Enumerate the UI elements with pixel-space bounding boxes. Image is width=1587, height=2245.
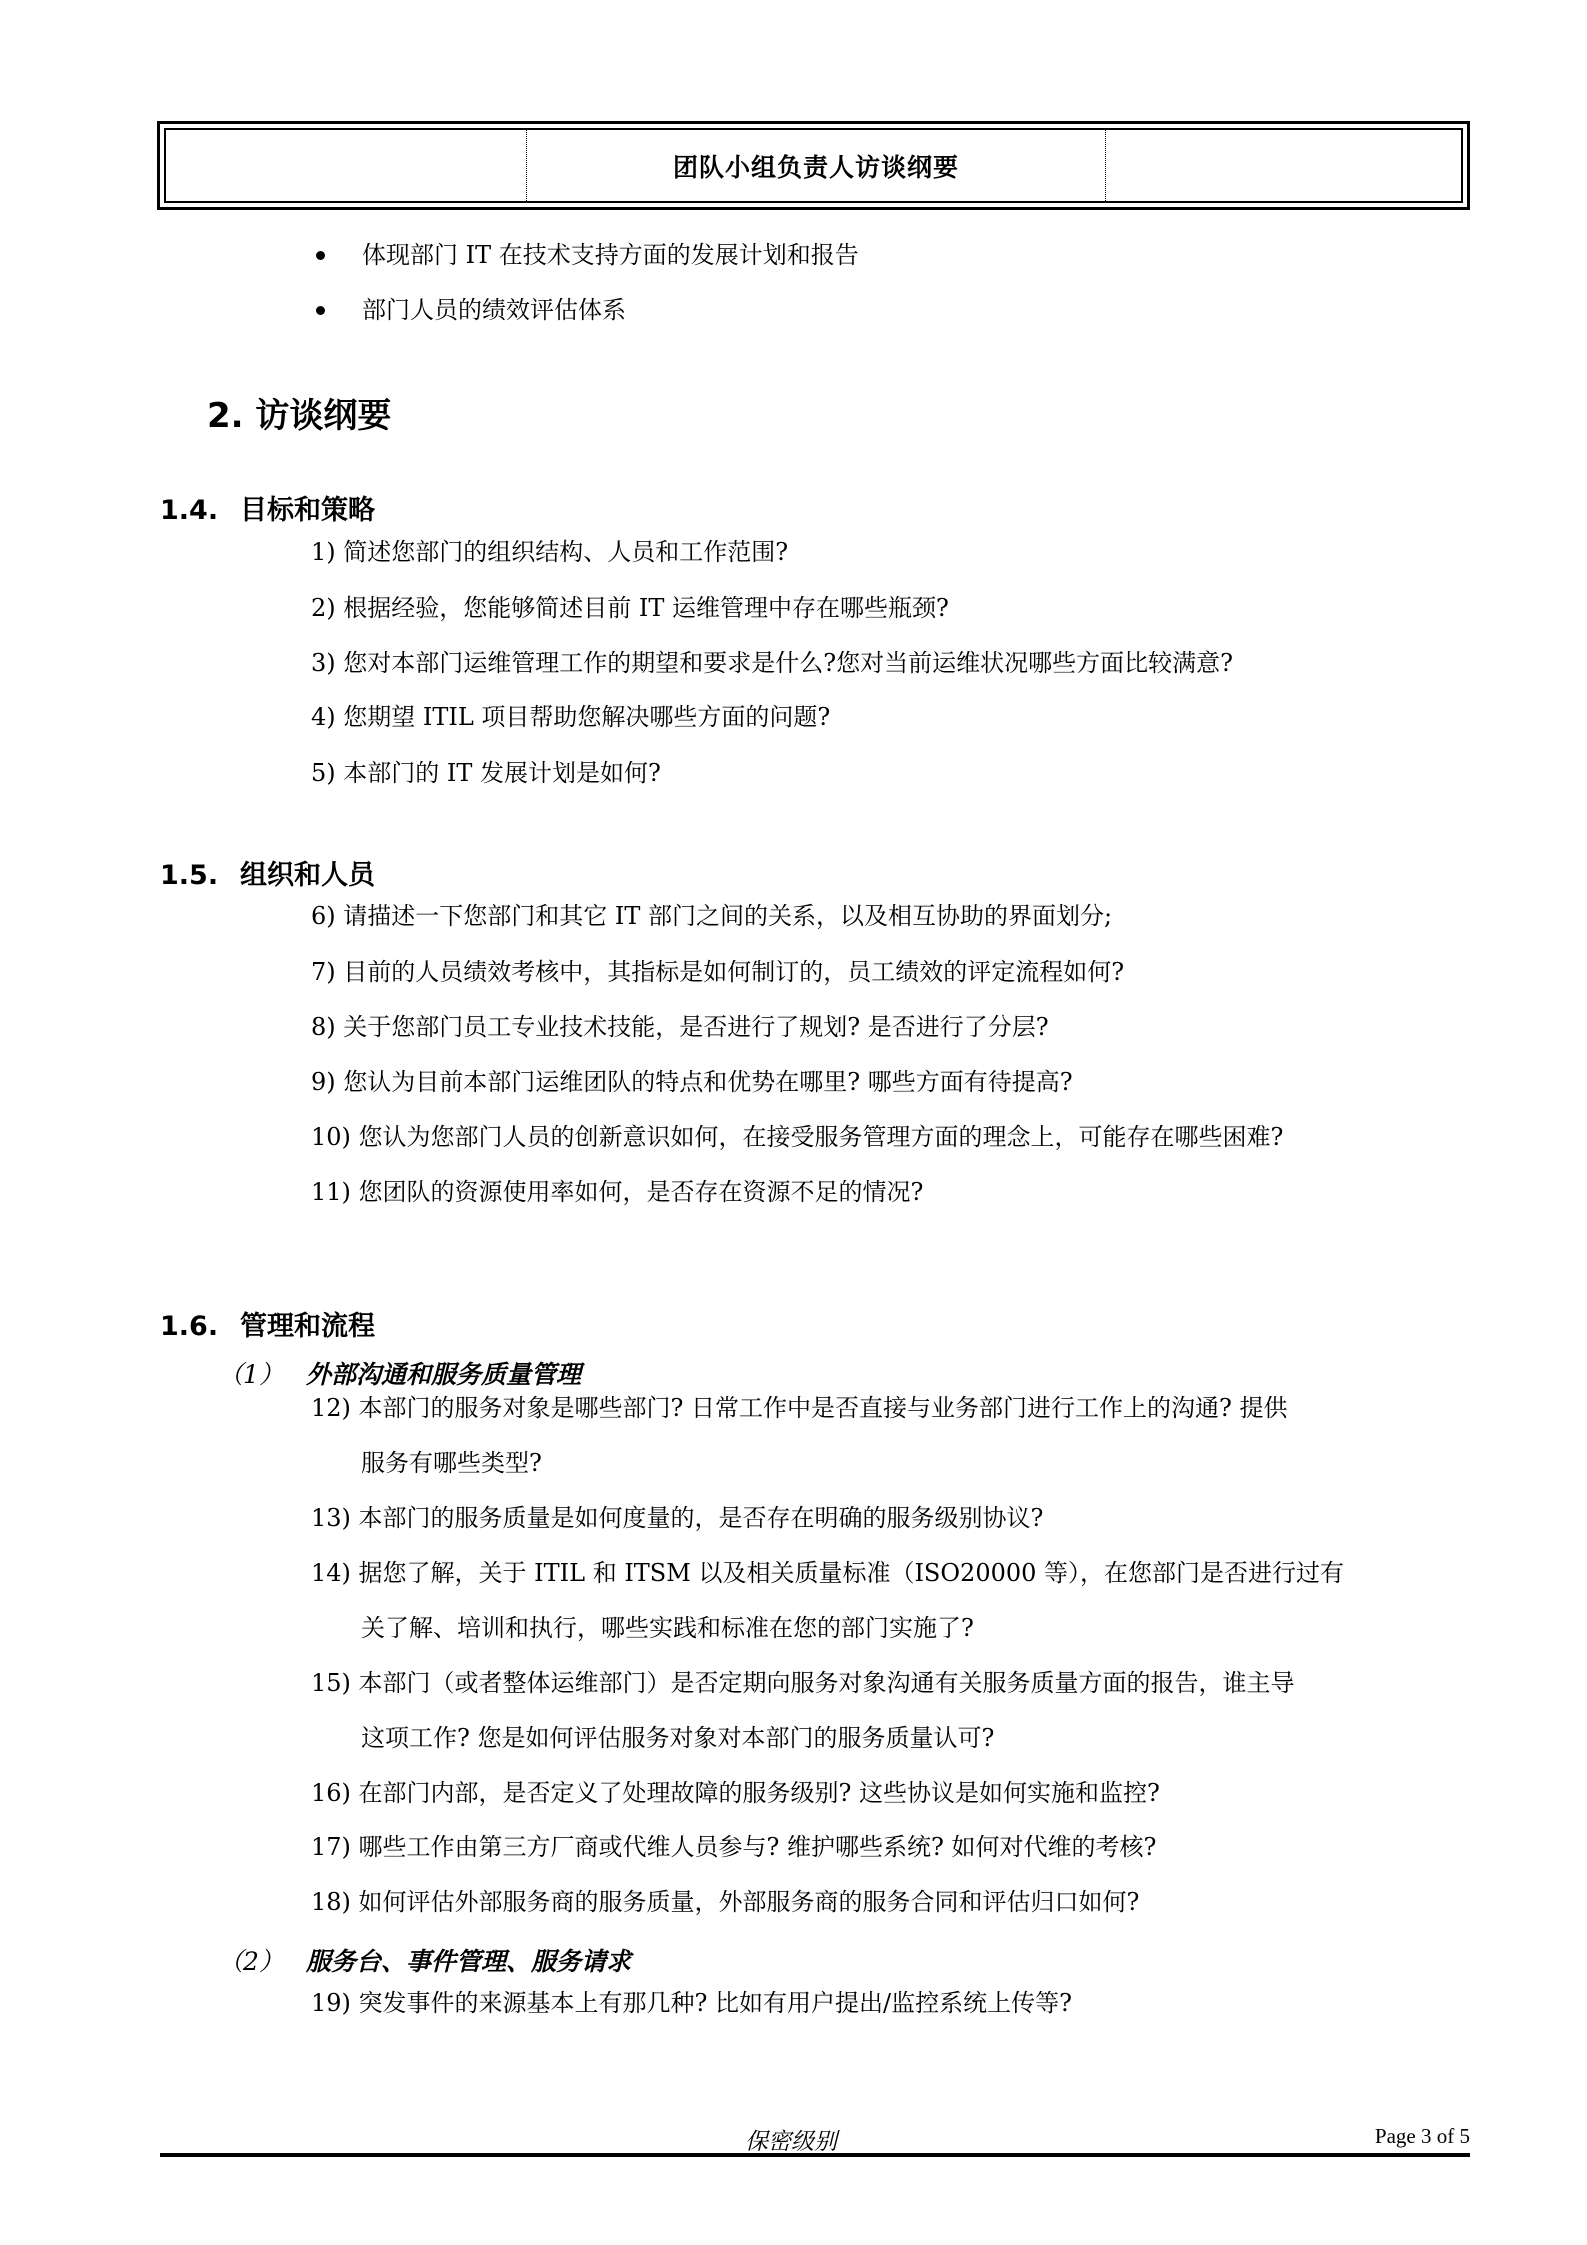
subsection-title: 管理和流程 [240,1311,375,1342]
subsection-number: 1.4. [160,495,240,526]
bullet-item: 体现部门 IT 在技术支持方面的发展计划和报告 [362,240,859,270]
question-item: 12) 本部门的服务对象是哪些部门? 日常工作中是否直接与业务部门进行工作上的沟… [311,1393,1288,1423]
question-item: 15) 本部门（或者整体运维部门）是否定期向服务对象沟通有关服务质量方面的报告，… [311,1668,1295,1698]
question-item: 19) 突发事件的来源基本上有那几种? 比如有用户提出/监控系统上传等? [311,1988,1072,2018]
subsection-number: 1.5. [160,860,240,891]
question-item: 13) 本部门的服务质量是如何度量的，是否存在明确的服务级别协议? [311,1503,1043,1533]
group-title: 外部沟通和服务质量管理 [306,1360,581,1389]
subsection-number: 1.6. [160,1311,240,1342]
subsection-heading-1-6: 1.6.管理和流程 [160,1304,375,1343]
header-right-cell [1106,130,1461,201]
question-item: 4) 您期望 ITIL 项目帮助您解决哪些方面的问题? [311,702,830,732]
question-item-continuation: 关了解、培训和执行，哪些实践和标准在您的部门实施了? [361,1613,974,1643]
document-header-table: 团队小组负责人访谈纲要 [157,121,1470,210]
bullet-item: 部门人员的绩效评估体系 [362,295,626,325]
subsection-title: 目标和策略 [240,495,375,526]
question-item: 18) 如何评估外部服务商的服务质量，外部服务商的服务合同和评估归口如何? [311,1887,1139,1917]
section-heading: 2. 访谈纲要 [207,388,391,437]
footer-rule [160,2153,1470,2157]
question-item-continuation: 这项工作? 您是如何评估服务对象对本部门的服务质量认可? [361,1723,994,1753]
bullet-icon [316,251,325,260]
subsection-title: 组织和人员 [240,860,375,891]
document-header-inner: 团队小组负责人访谈纲要 [164,128,1463,203]
question-item: 17) 哪些工作由第三方厂商或代维人员参与? 维护哪些系统? 如何对代维的考核? [311,1832,1156,1862]
question-item: 1) 简述您部门的组织结构、人员和工作范围? [311,537,788,567]
question-item: 14) 据您了解，关于 ITIL 和 ITSM 以及相关质量标准（ISO2000… [311,1558,1344,1588]
group-title: 服务台、事件管理、服务请求 [306,1947,631,1976]
footer-classification: 保密级别 [745,2123,837,2156]
header-left-cell [166,130,527,201]
header-title-cell: 团队小组负责人访谈纲要 [527,130,1106,201]
question-item: 5) 本部门的 IT 发展计划是如何? [311,758,661,788]
subsection-heading-1-4: 1.4.目标和策略 [160,488,375,527]
question-item: 3) 您对本部门运维管理工作的期望和要求是什么?您对当前运维状况哪些方面比较满意… [311,648,1233,678]
group-number: （1） [218,1355,306,1391]
section-number: 2. [207,396,244,436]
bullet-icon [316,306,325,315]
question-item: 16) 在部门内部，是否定义了处理故障的服务级别? 这些协议是如何实施和监控? [311,1778,1160,1808]
group-heading-2: （2）服务台、事件管理、服务请求 [218,1942,631,1978]
group-heading-1: （1）外部沟通和服务质量管理 [218,1355,581,1391]
section-title: 访谈纲要 [255,396,391,436]
question-item: 9) 您认为目前本部门运维团队的特点和优势在哪里? 哪些方面有待提高? [311,1067,1073,1097]
question-item: 8) 关于您部门员工专业技术技能，是否进行了规划? 是否进行了分层? [311,1012,1049,1042]
question-item: 2) 根据经验，您能够简述目前 IT 运维管理中存在哪些瓶颈? [311,593,949,623]
question-item-continuation: 服务有哪些类型? [361,1448,542,1478]
question-item: 6) 请描述一下您部门和其它 IT 部门之间的关系，以及相互协助的界面划分; [311,901,1112,931]
question-item: 11) 您团队的资源使用率如何，是否存在资源不足的情况? [311,1177,923,1207]
question-item: 10) 您认为您部门人员的创新意识如何，在接受服务管理方面的理念上，可能存在哪些… [311,1122,1283,1152]
footer-page-number: Page 3 of 5 [1375,2124,1470,2149]
subsection-heading-1-5: 1.5.组织和人员 [160,853,375,892]
group-number: （2） [218,1942,306,1978]
document-title: 团队小组负责人访谈纲要 [673,148,959,184]
question-item: 7) 目前的人员绩效考核中，其指标是如何制订的，员工绩效的评定流程如何? [311,957,1124,987]
